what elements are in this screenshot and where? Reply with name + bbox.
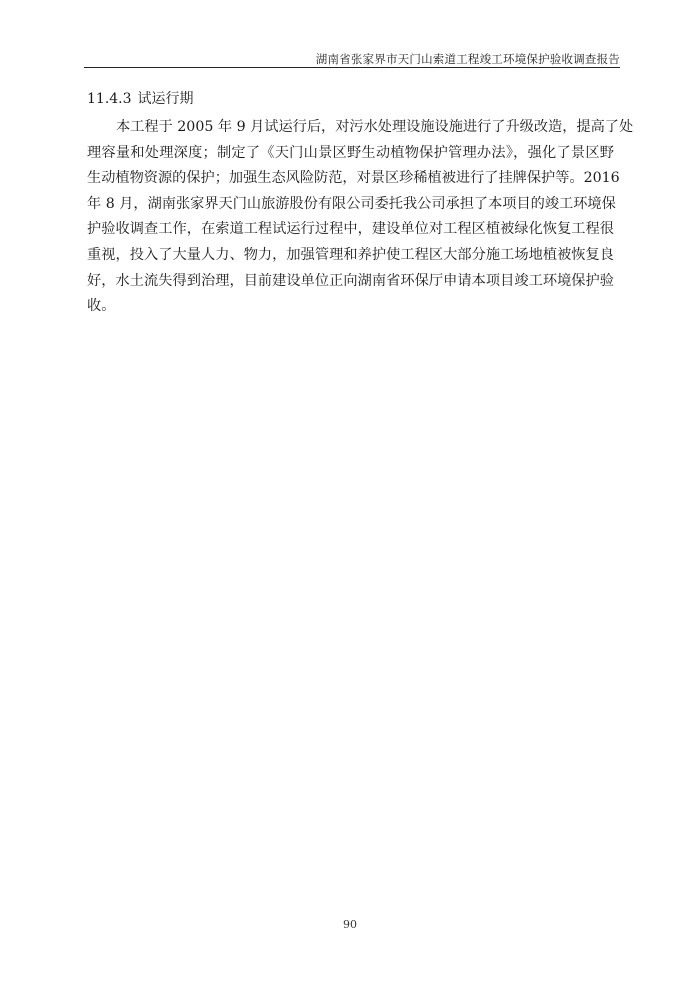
- paragraph-line: 重视，投入了大量人力、物力，加强管理和养护使工程区大部分施工场地植被恢复良: [87, 243, 614, 269]
- paragraph-line: 本工程于 2005 年 9 月试运行后，对污水处理设施设施进行了升级改造，提高了…: [87, 115, 614, 141]
- paragraph-line: 收。: [87, 294, 614, 320]
- section-heading: 11.4.3试运行期: [87, 89, 194, 109]
- report-title: 湖南省张家界市天门山索道工程竣工环境保护验收调查报告: [316, 52, 620, 66]
- paragraph-line: 生动植物资源的保护；加强生态风险防范，对景区珍稀植被进行了挂牌保护等。2016: [87, 166, 614, 192]
- paragraph-line: 年 8 月，湖南张家界天门山旅游股份有限公司委托我公司承担了本项目的竣工环境保: [87, 192, 614, 218]
- paragraph-line: 好，水土流失得到治理，目前建设单位正向湖南省环保厅申请本项目竣工环境保护验: [87, 269, 614, 295]
- page-number: 90: [0, 918, 700, 931]
- section-title: 试运行期: [138, 91, 194, 107]
- body-paragraph: 本工程于 2005 年 9 月试运行后，对污水处理设施设施进行了升级改造，提高了…: [87, 115, 614, 320]
- paragraph-line: 护验收调查工作，在索道工程试运行过程中，建设单位对工程区植被绿化恢复工程很: [87, 217, 614, 243]
- paragraph-line: 理容量和处理深度；制定了《天门山景区野生动植物保护管理办法》，强化了景区野: [87, 141, 614, 167]
- section-number: 11.4.3: [87, 91, 132, 107]
- page-header: 湖南省张家界市天门山索道工程竣工环境保护验收调查报告: [84, 48, 620, 68]
